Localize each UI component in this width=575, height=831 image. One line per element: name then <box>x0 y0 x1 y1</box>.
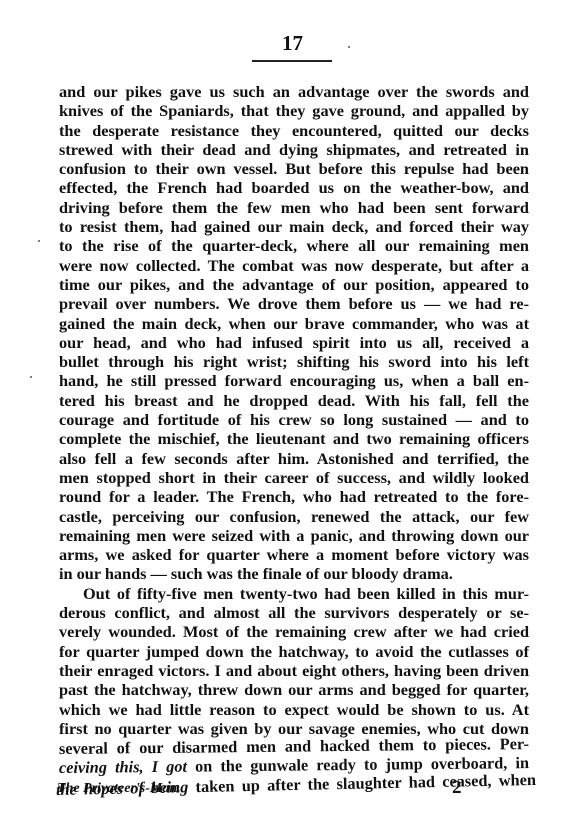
text-line: gained the main deck, when our brave com… <box>59 314 529 333</box>
text-line: to the rise of the quarter-deck, where a… <box>59 236 529 255</box>
page-number: 17 <box>0 31 575 56</box>
text-line: derous conflict, and almost all the surv… <box>59 603 529 622</box>
body-text: and our pikes gave us such an advantage … <box>59 82 529 796</box>
text-line: confusion to their own vessel. But befor… <box>59 159 529 178</box>
italic-text: ceiving this, I got <box>59 757 187 777</box>
text-line: driving before them the few men who had … <box>59 198 529 217</box>
book-page: 17 and our pikes gave us such an advanta… <box>0 0 575 831</box>
text-line: remaining men were seized with a panic, … <box>59 526 529 545</box>
text-line: arms, we asked for quarter where a momen… <box>59 545 529 564</box>
text-line: castle, perceiving our confusion, renewe… <box>59 507 529 526</box>
text-line: prevail over numbers. We drove them befo… <box>59 294 529 313</box>
page-footer: The Privateer's-Man. 2 <box>57 781 527 803</box>
signature-mark: 2 <box>452 777 462 799</box>
text-line: tered his breast and he dropped dead. Wi… <box>59 391 529 410</box>
text-line: which we had little reason to expect wou… <box>59 700 529 719</box>
text-line: and our pikes gave us such an advantage … <box>59 82 529 101</box>
text-line: also fell a few seconds after him. Aston… <box>59 449 529 468</box>
text-line: strewed with their dead and dying shipma… <box>59 140 529 159</box>
paragraph-start-line: Out of fifty-five men twenty-two had bee… <box>59 584 529 603</box>
text-line: past the hatchway, threw down our arms a… <box>59 680 529 699</box>
text-line: the desperate resistance they encountere… <box>59 121 529 140</box>
scan-speck <box>348 46 350 48</box>
paragraph-end-line: in our hands — such was the finale of ou… <box>59 564 529 583</box>
text-line: their enraged victors. I and about eight… <box>59 661 529 680</box>
text-line: verely wounded. Most of the remaining cr… <box>59 622 529 641</box>
scan-speck <box>30 376 32 378</box>
text-line: were now collected. The combat was now d… <box>59 256 529 275</box>
text-line: men stopped short in their career of suc… <box>59 468 529 487</box>
signature-title: The Privateer's-Man. <box>57 781 181 797</box>
text-line: courage and fortitude of his crew so lon… <box>59 410 529 429</box>
text-line: for quarter jumped down the hatchway, to… <box>59 642 529 661</box>
text-line: knives of the Spaniards, that they gave … <box>59 101 529 120</box>
text-line: our head, and who had infused spirit int… <box>59 333 529 352</box>
text-line: complete the mischief, the lieutenant an… <box>59 429 529 448</box>
page-number-text: 17 <box>282 31 303 55</box>
text-line: to resist them, had gained our main deck… <box>59 217 529 236</box>
scan-speck <box>38 240 40 242</box>
text-line: time our pikes, and the advantage of our… <box>59 275 529 294</box>
text-line: effected, the French had boarded us on t… <box>59 178 529 197</box>
text-line: round for a leader. The French, who had … <box>59 487 529 506</box>
header-rule <box>252 60 332 62</box>
text-line: bullet through his right wrist; shifting… <box>59 352 529 371</box>
text-line: hand, he still pressed forward encouragi… <box>59 371 529 390</box>
